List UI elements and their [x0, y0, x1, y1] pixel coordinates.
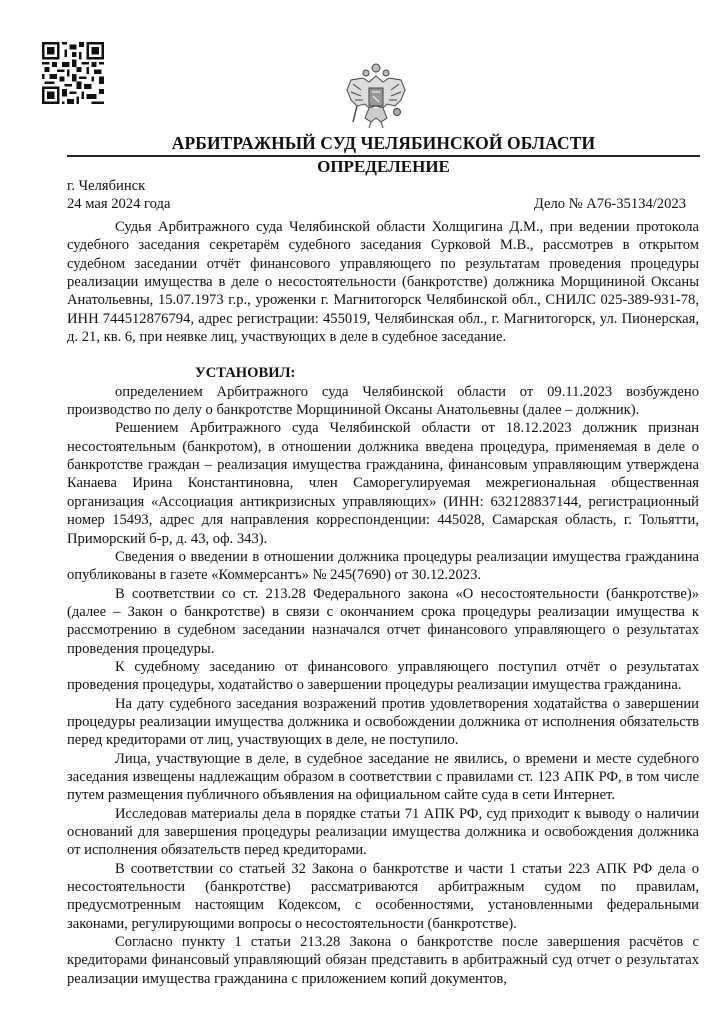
qr-code-icon [42, 42, 104, 104]
paragraph: Сведения о введении в отношении должника… [67, 548, 699, 585]
court-name: АРБИТРАЖНЫЙ СУД ЧЕЛЯБИНСКОЙ ОБЛАСТИ [67, 133, 700, 154]
document-type: ОПРЕДЕЛЕНИЕ [67, 157, 700, 177]
coat-of-arms-icon [343, 62, 409, 130]
document-date: 24 мая 2024 года [67, 196, 170, 213]
paragraph: Согласно пункту 1 статьи 213.28 Закона о… [67, 933, 699, 988]
paragraph: В соответствии со ст. 213.28 Федеральног… [67, 585, 699, 658]
paragraph: На дату судебного заседания возражений п… [67, 695, 699, 750]
paragraph: В соответствии со статьей 32 Закона о ба… [67, 860, 699, 933]
paragraph: Лица, участвующие в деле, в судебное зас… [67, 750, 699, 805]
case-number: Дело № А76-35134/2023 [534, 196, 686, 213]
paragraph: Исследовав материалы дела в порядке стат… [67, 805, 699, 860]
section-heading: УСТАНОВИЛ: [67, 364, 699, 382]
intro-paragraph: Судья Арбитражного суда Челябинской обла… [67, 218, 699, 346]
paragraph: определением Арбитражного суда Челябинск… [67, 383, 699, 420]
document-body: Судья Арбитражного суда Челябинской обла… [67, 218, 699, 988]
paragraph: Решением Арбитражного суда Челябинской о… [67, 419, 699, 547]
paragraph: К судебному заседанию от финансового упр… [67, 658, 699, 695]
place: г. Челябинск [67, 178, 145, 195]
